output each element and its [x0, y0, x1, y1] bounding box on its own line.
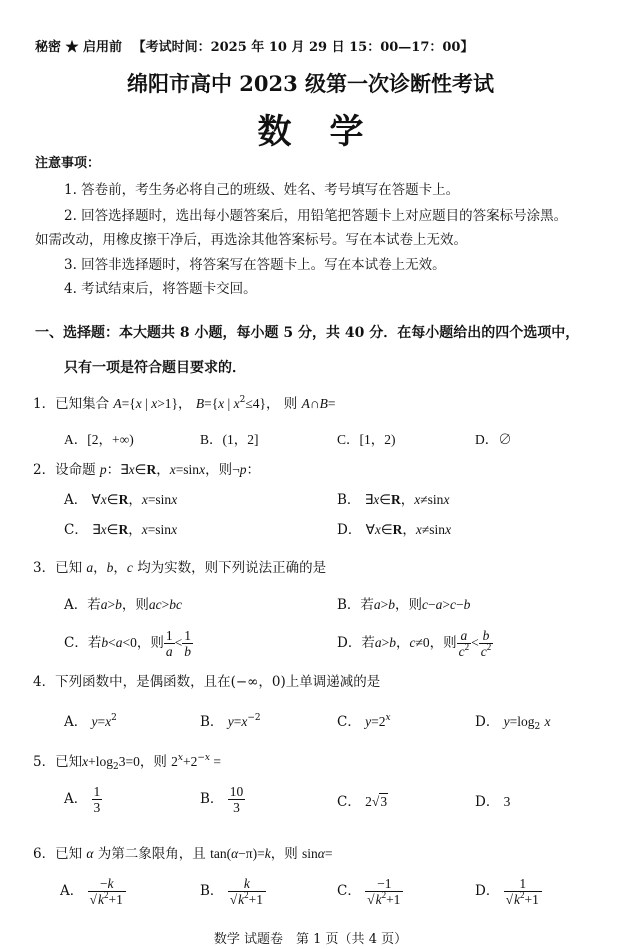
question-6-stem: 6．已知 α 为第二象限角，且 tan(α−π)=k，则 sinα= — [33, 842, 333, 862]
section-heading-continued: 只有一项是符合题目要求的． — [64, 357, 246, 377]
question-6-option-b: B． k√k2+1 — [200, 876, 266, 907]
note-item: 4. 考试结束后，将答题卡交回。 — [64, 277, 257, 297]
page-footer: 数学 试题卷 第 1 页（共 4 页） — [0, 928, 621, 947]
subject-title: 数学 — [0, 104, 621, 153]
confidential-mark: 秘密 ★ 启用前 — [35, 40, 122, 55]
question-2-option-d: D． ∀x∈R，x≠sinx — [337, 518, 451, 538]
question-5-stem: 5．已知x+log23=0，则 2x+2−x = — [33, 750, 221, 770]
question-4-option-c: C． y=2x — [337, 710, 391, 730]
exam-time: 【考试时间：2025 年 10 月 29 日 15：00—17：00】 — [133, 40, 474, 55]
question-5-option-d: D． 3 — [475, 790, 510, 810]
question-2-option-b: B． ∃x∈R，x≠sinx — [337, 488, 449, 508]
question-3-option-a: A．若a>b，则ac>bc — [64, 593, 182, 613]
section-heading: 一、选择题：本大题共 8 小题，每小题 5 分，共 40 分．在每小题给出的四个… — [35, 322, 579, 342]
question-6-option-c: C． −1√k2+1 — [337, 876, 403, 907]
exam-title: 绵阳市高中 2023 级第一次诊断性考试 — [0, 68, 621, 98]
question-1-option-a: A．[2，+∞) — [64, 428, 134, 448]
notes-heading: 注意事项： — [35, 152, 100, 171]
question-4-stem: 4．下列函数中，是偶函数，且在(−∞，0)上单调递减的是 — [33, 670, 380, 690]
question-6-option-a: A． −k√k2+1 — [60, 876, 126, 907]
question-3-option-c: C．若b<a<0，则1a<1b — [64, 628, 193, 659]
note-item: 1. 答卷前，考生务必将自己的班级、姓名、考号填写在答题卡上。 — [64, 178, 459, 198]
question-4-option-b: B． y=x−2 — [200, 710, 261, 730]
question-3-option-b: B．若a>b，则c−a>c−b — [337, 593, 470, 613]
question-1-option-c: C．[1，2) — [337, 428, 396, 448]
question-4-option-d: D． y=log2 x — [475, 710, 551, 730]
note-item: 3. 回答非选择题时，将答案写在答题卡上。写在本试卷上无效。 — [64, 253, 446, 273]
question-2-stem: 2．设命题 p：∃x∈R，x=sinx，则¬p： — [33, 458, 260, 478]
question-1-stem: 1．已知集合 A={x | x>1}， B={x | x2≤4}， 则 A∩B= — [33, 392, 335, 412]
question-5-option-a: A． 13 — [64, 784, 102, 815]
question-2-option-a: A． ∀x∈R，x=sinx — [64, 488, 177, 508]
question-3-option-d: D．若a>b，c≠0，则ac2<bc2 — [337, 628, 493, 659]
question-1-option-b: B．(1，2] — [200, 428, 259, 448]
question-3-stem: 3．已知 a，b，c 均为实数，则下列说法正确的是 — [33, 556, 326, 576]
header-line: 秘密 ★ 启用前 【考试时间：2025 年 10 月 29 日 15：00—17… — [35, 36, 473, 55]
question-5-option-c: C． 2√3 — [337, 790, 388, 810]
question-1-option-d: D．∅ — [475, 428, 512, 448]
note-item: 2. 回答选择题时，选出每小题答案后，用铅笔把答题卡上对应题目的答案标号涂黑。 — [64, 204, 567, 224]
question-4-option-a: A． y=x2 — [64, 710, 117, 730]
question-2-option-c: C． ∃x∈R，x=sinx — [64, 518, 177, 538]
question-6-option-d: D． 1√k2+1 — [475, 876, 542, 907]
question-5-option-b: B． 103 — [200, 784, 245, 815]
note-item-continued: 如需改动，用橡皮擦干净后，再选涂其他答案标号。写在本试卷上无效。 — [35, 228, 467, 248]
